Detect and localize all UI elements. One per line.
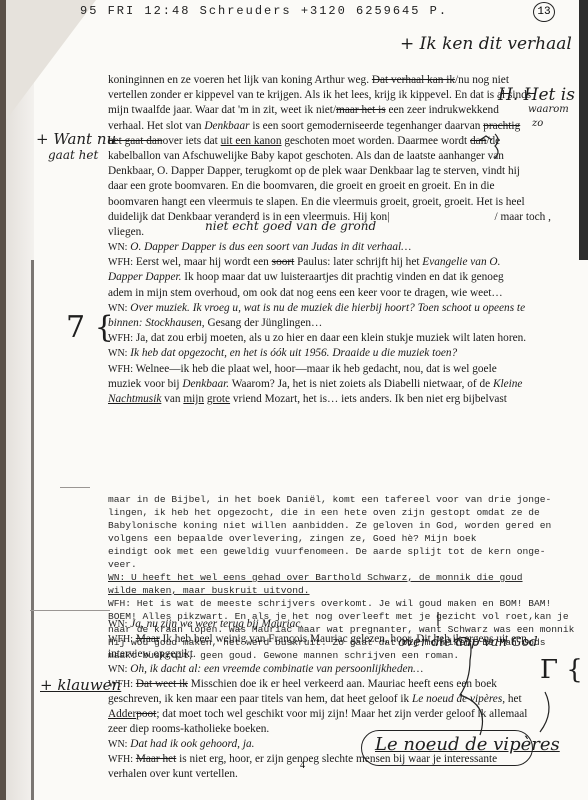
handwritten-note-top: + Ik ken dit verhaal bbox=[400, 34, 572, 54]
text-line: koninginnen en ze voeren het lijk van ko… bbox=[108, 73, 548, 88]
dialogue-line: WFH: Dat weet ik Misschien doe ik er hee… bbox=[108, 677, 548, 692]
handwritten-note-right-2: waarom bbox=[528, 104, 569, 115]
dialogue-line: verhalen over kunt vertellen. bbox=[108, 767, 548, 782]
page-fold-corner bbox=[6, 0, 96, 120]
main-text: koninginnen en ze voeren het lijk van ko… bbox=[108, 73, 548, 407]
typed-line: eindigt ook met een geweldig vuurfenomee… bbox=[108, 545, 578, 558]
text-line: Denkbaar, O. Dapper Dapper, terugkomt op… bbox=[108, 164, 548, 179]
typed-line: lingen, ik heb het opgezocht, die in een… bbox=[108, 506, 578, 519]
typed-line: volgens een bepaalde overlevering, zinge… bbox=[108, 532, 578, 545]
handwritten-interlinear: niet echt goed van de grond bbox=[205, 219, 376, 233]
dialogue-line: WFH: Eerst wel, maar hij wordt een soort… bbox=[108, 255, 548, 270]
handwritten-mauriac-note: over die aap van God bbox=[398, 635, 538, 650]
handwritten-note-left-1: + Want nu bbox=[36, 130, 116, 148]
fax-page-number: 13 bbox=[533, 2, 555, 22]
handwritten-note-left-2: gaat het bbox=[48, 148, 98, 162]
text-line: kabelballon van Afschuwelijke Baby kapot… bbox=[108, 149, 548, 164]
page-number: 4 bbox=[300, 760, 305, 771]
dialogue-line: WFH: Welnee—ik heb die plaat wel, hoor—m… bbox=[108, 362, 548, 377]
dialogue-line: binnen: Stockhausen, Gesang der Jüngling… bbox=[108, 316, 548, 331]
divider bbox=[30, 610, 110, 611]
dialogue-line: WN: Ja, nu zijn we weer terug bij Mauria… bbox=[108, 617, 548, 632]
typed-line: WFH: Het is wat de meeste schrijvers ove… bbox=[108, 597, 578, 610]
typed-line: wilde maken, maar buskruit uitvond. bbox=[108, 584, 578, 597]
handwritten-note-left-3: + klauwen bbox=[40, 676, 121, 694]
dialogue-line: WFH: Ja, dat zou erbij moeten, als u zo … bbox=[108, 331, 548, 346]
text-line: boomvaren hangt een vleermuis te slapen.… bbox=[108, 195, 548, 210]
handwritten-margin-mark-right: Γ { bbox=[540, 655, 583, 685]
typed-line: veer. bbox=[108, 558, 578, 571]
text-line: verhaal. Het slot van Denkbaar is een so… bbox=[108, 119, 548, 134]
scan-edge-line bbox=[31, 260, 34, 800]
divider bbox=[60, 487, 90, 488]
dialogue-line: adem in mijn stem overhoud, om ook dat n… bbox=[108, 286, 548, 301]
text-line: vertellen zonder er kippevel van te krij… bbox=[108, 88, 548, 103]
text-line: daar een grote boomvaren. En die boomvar… bbox=[108, 179, 548, 194]
typed-line: maar in de Bijbel, in het boek Daniël, k… bbox=[108, 493, 578, 506]
fax-page: 95 FRI 12:48 Schreuders +3120 6259645 P.… bbox=[0, 0, 588, 800]
dialogue-line: Dapper Dapper. Ik hoop maar dat uw luist… bbox=[108, 270, 548, 285]
dialogue-line: WN: O. Dapper Dapper is dus een soort va… bbox=[108, 240, 548, 255]
handwritten-note-right-3: zo bbox=[532, 118, 543, 129]
typed-line: Babylonische koning niet willen aanbidde… bbox=[108, 519, 578, 532]
handwritten-note-right-1: H. Het is bbox=[498, 85, 575, 105]
dialogue-line: WN: Oh, ik dacht al: een vreemde combina… bbox=[108, 662, 548, 677]
circled-title: Le noeud de vipères bbox=[375, 734, 560, 755]
dialogue-line: geschreven, ik ken maar een paar titels … bbox=[108, 692, 548, 707]
handwritten-margin-mark: 7 { bbox=[66, 310, 114, 345]
dialogue-line: muziek voor bij Denkbaar. Waarom? Ja, he… bbox=[108, 377, 548, 392]
text-line: mijn twaalfde jaar. Waar dat 'm in zit, … bbox=[108, 103, 548, 118]
dialogue-line: WN: Over muziek. Ik vroeg u, wat is nu d… bbox=[108, 301, 548, 316]
scan-edge-right bbox=[579, 0, 588, 260]
dialogue-line: Adderpoot; dat moet toch wel geschikt vo… bbox=[108, 707, 548, 722]
text-line: het gaat danover iets dat uit een kanon … bbox=[108, 134, 548, 149]
dialogue-line: Nachtmusik van mijn grote vriend Mozart,… bbox=[108, 392, 548, 407]
dialogue-line: WN: Ik heb dat opgezocht, en het is óók … bbox=[108, 346, 548, 361]
fax-header: 95 FRI 12:48 Schreuders +3120 6259645 P. bbox=[80, 4, 448, 18]
typed-line: WN: U heeft het wel eens gehad over Bart… bbox=[108, 571, 578, 584]
page-fold bbox=[6, 0, 34, 800]
